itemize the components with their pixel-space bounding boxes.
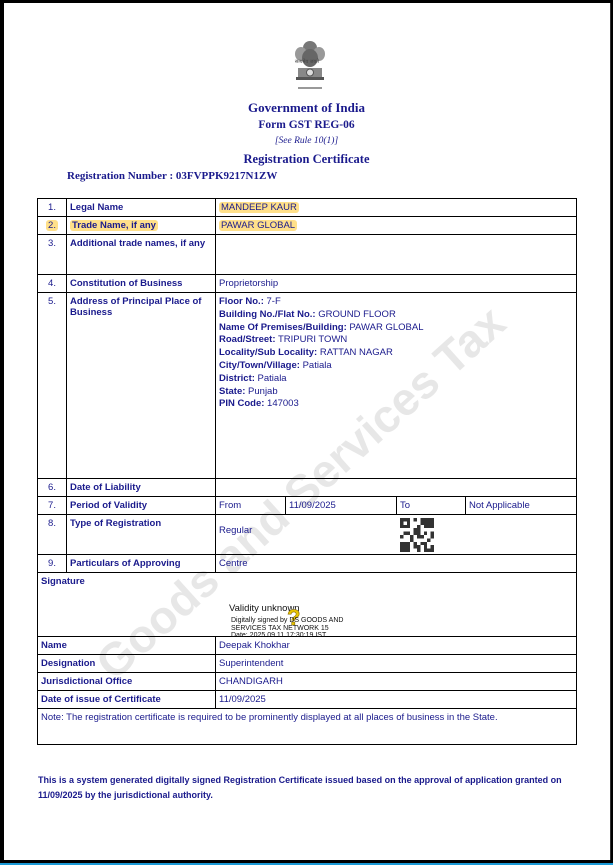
table-row: 9. Particulars of Approving Centre [38, 555, 577, 573]
table-row: Designation Superintendent [38, 655, 577, 673]
footer-statement: This is a system generated digitally sig… [38, 773, 578, 802]
table-row: 8. Type of Registration Regular [38, 515, 577, 555]
table-row: 2. Trade Name, if any PAWAR GLOBAL [38, 217, 577, 235]
qr-code-icon [400, 518, 434, 552]
digital-signature[interactable]: Validity unknown ? Digitally signed by D… [41, 587, 573, 633]
form-title: Form GST REG-06 [0, 119, 613, 131]
address-block: Floor No.: 7-F Building No./Flat No.: GR… [216, 293, 577, 479]
emblem-caption: सत्यमेव जयते [4, 59, 610, 65]
table-row: 5. Address of Principal Place of Busines… [38, 293, 577, 479]
legal-name-value: MANDEEP KAUR [219, 202, 299, 213]
note-row: Note: The registration certificate is re… [38, 709, 577, 745]
registration-number: Registration Number : 03FVPPK9217N1ZW [67, 170, 277, 182]
trade-name-value: PAWAR GLOBAL [219, 220, 297, 231]
note: Note: The registration certificate is re… [38, 709, 577, 745]
signature-row: Signature Validity unknown ? Digitally s… [38, 573, 577, 637]
table-row: Jurisdictional Office CHANDIGARH [38, 673, 577, 691]
table-row: Date of issue of Certificate 11/09/2025 [38, 691, 577, 709]
rule-reference: [See Rule 10(1)] [0, 136, 613, 146]
table-row: 6. Date of Liability [38, 479, 577, 497]
national-emblem-icon [290, 38, 330, 96]
table-row: 4. Constitution of Business Proprietorsh… [38, 275, 577, 293]
certificate-title: Registration Certificate [0, 152, 613, 167]
table-row: 3. Additional trade names, if any [38, 235, 577, 275]
table-row: 1. Legal Name MANDEEP KAUR [38, 199, 577, 217]
table-row: 7. Period of Validity From 11/09/2025 To… [38, 497, 577, 515]
government-title: Government of India [0, 100, 613, 116]
certificate-table: 1. Legal Name MANDEEP KAUR 2. Trade Name… [37, 198, 577, 745]
